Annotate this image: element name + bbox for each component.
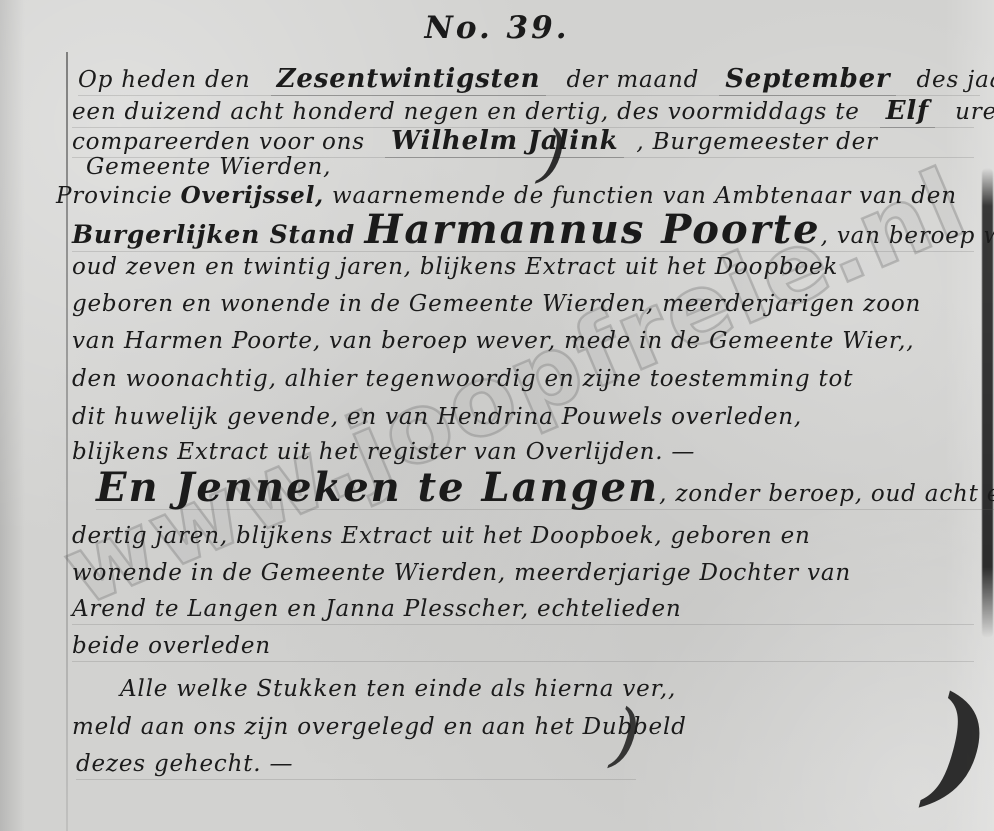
handwriting: Gemeente Wierden, (86, 154, 331, 180)
handwriting: dit huwelijk gevende, en van Hendrina Po… (72, 404, 802, 430)
document-line: meld aan ons zijn overgelegd en aan het … (72, 712, 974, 742)
filled-in-hour: Elf (880, 96, 935, 128)
document-line: oud zeven en twintig jaren, blijkens Ext… (72, 252, 974, 282)
handwriting: blijkens Extract uit het register van Ov… (72, 439, 695, 465)
handwriting: een duizend acht honderd negen en dertig… (72, 99, 868, 125)
province-name: Overijssel, (181, 182, 324, 209)
handwriting: Alle welke Stukken ten einde als hierna … (120, 676, 676, 702)
document-line: van Harmen Poorte, van beroep wever, med… (72, 326, 974, 356)
handwriting: oud zeven en twintig jaren, blijkens Ext… (72, 254, 838, 280)
document-line: den woonachtig, alhier tegenwoordig en z… (72, 364, 974, 394)
handwriting: geboren en wonende in de Gemeente Wierde… (72, 291, 921, 317)
document-line: een duizend acht honderd negen en dertig… (72, 96, 974, 128)
handwriting: van Harmen Poorte, van beroep wever, med… (72, 328, 914, 354)
filled-in-day: Zesentwintigsten (271, 64, 547, 96)
document-line: blijkens Extract uit het register van Ov… (72, 437, 974, 467)
act-number: No. 39. (0, 10, 994, 46)
document-line: dit huwelijk gevende, en van Hendrina Po… (72, 402, 974, 432)
handwriting: dertig jaren, blijkens Extract uit het D… (72, 523, 811, 549)
document-line: wonende in de Gemeente Wierden, meerderj… (72, 558, 974, 588)
document-line: geboren en wonende in de Gemeente Wierde… (72, 289, 974, 319)
handwriting: beide overleden (72, 633, 271, 659)
handwriting: der maand (558, 67, 707, 93)
handwriting: , zonder beroep, oud acht en (659, 481, 994, 507)
document-line: En Jenneken te Langen, zonder beroep, ou… (96, 468, 994, 510)
handwriting: ure, (947, 99, 994, 125)
document-line: Gemeente Wierden, (86, 152, 988, 182)
handwriting: dezes gehecht. — (76, 751, 293, 777)
groom-name: Harmannus Poorte (365, 206, 821, 253)
scanned-document-page: www.joopfreie.nl No. 39. Op heden den Ze… (0, 0, 994, 831)
document-line: dertig jaren, blijkens Extract uit het D… (72, 521, 974, 551)
filled-in-month: September (719, 64, 896, 96)
document-line: Alle welke Stukken ten einde als hierna … (120, 674, 994, 704)
handwriting: Provincie (56, 183, 181, 209)
bride-name: En Jenneken te Langen (96, 464, 659, 511)
handwriting: wonende in de Gemeente Wierden, meerderj… (72, 560, 851, 586)
document-line: dezes gehecht. — (76, 749, 636, 780)
document-line: beide overleden (72, 631, 974, 662)
handwriting: , van beroep wever (821, 223, 994, 249)
handwriting: den woonachtig, alhier tegenwoordig en z… (72, 366, 853, 392)
document-line: Op heden den Zesentwintigsten der maand … (78, 64, 980, 96)
document-line: Arend te Langen en Janna Plesscher, echt… (72, 594, 974, 625)
handwriting: des jaars (908, 67, 994, 93)
left-margin-rule (66, 52, 68, 831)
handwriting: Op heden den (78, 67, 259, 93)
handwriting: Arend te Langen en Janna Plesscher, echt… (72, 596, 681, 622)
handwriting: meld aan ons zijn overgelegd en aan het … (72, 714, 687, 740)
document-line: Burgerlijken Stand Harmannus Poorte, van… (72, 210, 974, 252)
handwriting: Burgerlijken Stand (72, 220, 365, 249)
